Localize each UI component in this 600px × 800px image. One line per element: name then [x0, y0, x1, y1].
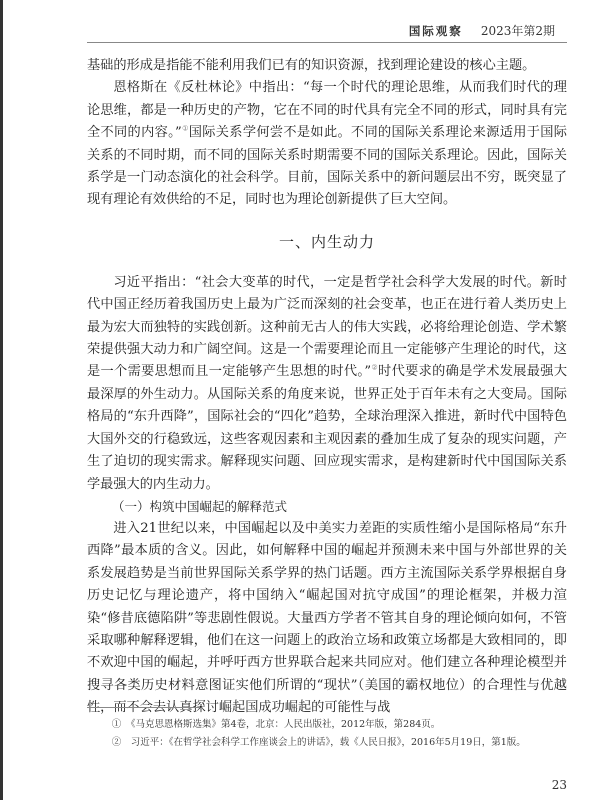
footnote-1: ① 《马克思恩格斯选集》第4卷，北京：人民出版社，2012年版，第284页。 — [87, 716, 567, 734]
page-left-edge — [0, 0, 3, 800]
journal-name: 国际观察 — [409, 23, 463, 39]
issue-label: 2023年第2期 — [481, 22, 555, 39]
footnote-ref-1[interactable]: ① — [182, 125, 189, 133]
footnote-ref-2[interactable]: ② — [371, 364, 378, 372]
paragraph-text: 时代要求的确是学术发展最强大最深厚的外生动力。从国际关系的角度来说，世界正处于百… — [87, 364, 567, 491]
page-body: 基础的形成是指能不能利用我们已有的知识资源，找到理论建设的核心主题。 恩格斯在《… — [87, 55, 567, 720]
subsection-heading: （一）构筑中国崛起的解释范式 — [87, 496, 567, 518]
footnote-divider — [87, 707, 200, 708]
footnote-2: ② 习近平：《在哲学社会科学工作座谈会上的讲话》，载《人民日报》，2016年5月… — [87, 734, 567, 752]
paragraph-continuation: 基础的形成是指能不能利用我们已有的知识资源，找到理论建设的核心主题。 — [87, 55, 567, 77]
page-number: 23 — [552, 778, 567, 792]
paragraph-xi: 习近平指出：“社会大变革的时代，一定是哲学社会科学大发展的时代。新时代中国正经历… — [87, 272, 567, 496]
paragraph-china-rise: 进入21世纪以来，中国崛起以及中美实力差距的实质性缩小是国际格局“东升西降”最本… — [87, 518, 567, 720]
paragraph-engels: 恩格斯在《反杜林论》中指出：“每一个时代的理论思维，从而我们时代的理论思维，都是… — [87, 77, 567, 211]
footnotes: ① 《马克思恩格斯选集》第4卷，北京：人民出版社，2012年版，第284页。 ②… — [87, 716, 567, 752]
section-heading: 一、内生动力 — [87, 230, 567, 254]
running-header: 国际观察 2023年第2期 — [87, 16, 567, 43]
header-meta: 国际观察 2023年第2期 — [409, 22, 555, 39]
